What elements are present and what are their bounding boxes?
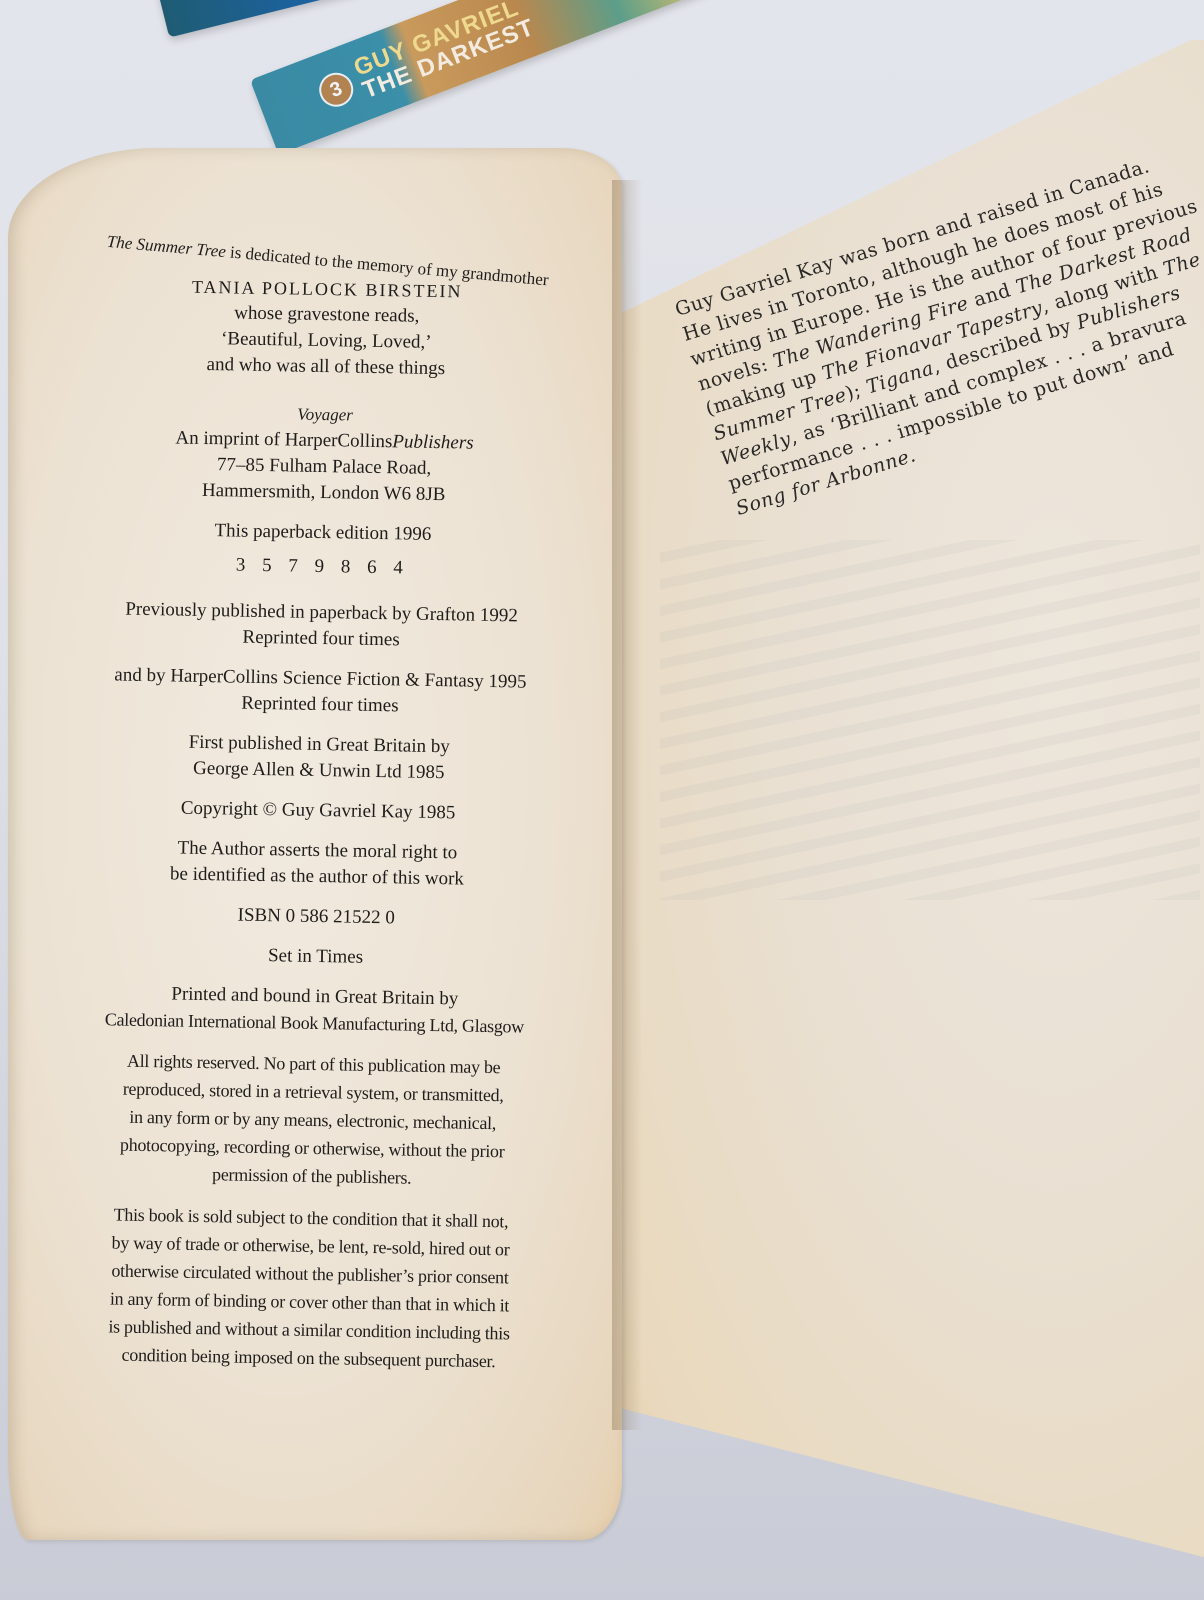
printer-info: Printed and bound in Great Britain by Ca… [44, 979, 585, 1040]
volume-badge: 3 [314, 68, 358, 112]
impression-numbers: 3 5 7 9 8 6 4 [52, 549, 592, 584]
dedication: The Summer Tree is dedicated to the memo… [56, 243, 598, 384]
show-through-text [660, 540, 1200, 900]
sale-condition: This book is sold subject to the conditi… [38, 1199, 581, 1376]
book-spine: GUY GAVRIEL THE DARKEST [351, 0, 538, 103]
publication-history: Previously published in paperback by Gra… [51, 595, 592, 656]
gutter-shadow [612, 180, 642, 1430]
first-published: First published in Great Britain by Geor… [49, 727, 590, 788]
edition-text: This paperback edition 1996 [53, 515, 593, 550]
background-book-3: 3 GUY GAVRIEL THE DARKEST [250, 0, 708, 155]
edition-info: This paperback edition 1996 3 5 7 9 8 6 … [52, 515, 593, 584]
publisher-info: Voyager An imprint of HarperCollinsPubli… [53, 397, 595, 510]
book-title: The Summer Tree [106, 232, 227, 261]
rights-reserved: All rights reserved. No part of this pub… [42, 1045, 584, 1194]
publication-history: and by HarperCollins Science Fiction & F… [50, 661, 591, 722]
isbn: ISBN 0 586 21522 0 [46, 899, 586, 934]
copyright-page: The Summer Tree is dedicated to the memo… [8, 148, 622, 1540]
typeface-note: Set in Times [45, 939, 585, 974]
copyright-notice: Copyright © Guy Gavriel Kay 1985 [48, 793, 588, 828]
copyright-content: The Summer Tree is dedicated to the memo… [38, 243, 598, 1390]
moral-right: The Author asserts the moral right to be… [47, 833, 588, 894]
volume-badge: 2 [214, 0, 255, 1]
